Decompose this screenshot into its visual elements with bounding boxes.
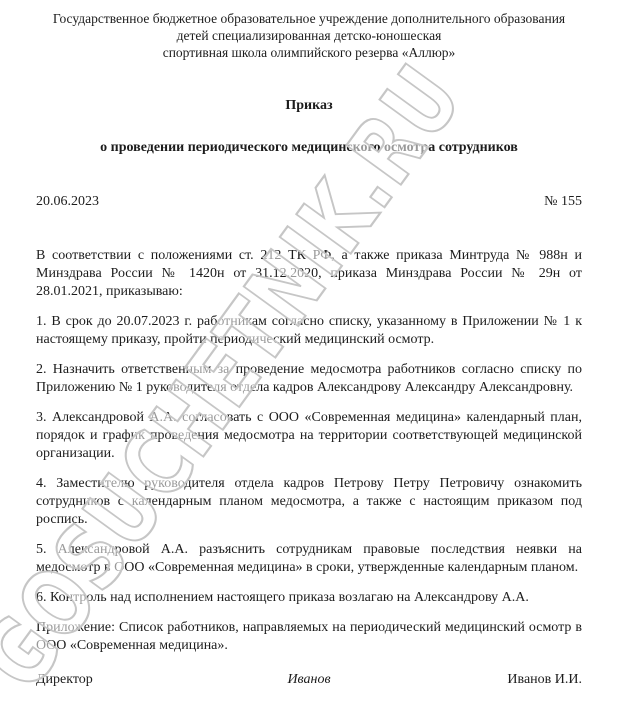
date-number-row: 20.06.2023 № 155 <box>36 193 582 211</box>
attachment-note: Приложение: Список работников, направляе… <box>36 619 582 655</box>
org-header-line: спортивная школа олимпийского резерва «А… <box>36 44 582 61</box>
document-number: № 155 <box>544 193 582 211</box>
signature-handwriting: Иванов <box>287 671 330 689</box>
order-item-4: 4. Заместителю руководителя отдела кадро… <box>36 475 582 529</box>
document-date: 20.06.2023 <box>36 193 99 211</box>
document-page: Государственное бюджетное образовательно… <box>0 0 618 716</box>
signer-role: Директор <box>36 671 287 689</box>
organization-header: Государственное бюджетное образовательно… <box>36 10 582 61</box>
document-subtitle: о проведении периодического медицинского… <box>36 139 582 157</box>
order-item-6: 6. Контроль над исполнением настоящего п… <box>36 589 582 607</box>
order-item-1: 1. В срок до 20.07.2023 г. работникам со… <box>36 313 582 349</box>
document-title: Приказ <box>36 97 582 115</box>
org-header-line: Государственное бюджетное образовательно… <box>36 10 582 27</box>
signature-row: Директор Иванов Иванов И.И. <box>36 671 582 689</box>
signer-name: Иванов И.И. <box>331 671 582 689</box>
org-header-line: детей специализированная детско-юношеска… <box>36 27 582 44</box>
order-preamble: В соответствии с положениями ст. 212 ТК … <box>36 247 582 301</box>
document-content: Государственное бюджетное образовательно… <box>0 0 618 689</box>
order-item-2: 2. Назначить ответственным за проведение… <box>36 361 582 397</box>
order-item-5: 5. Александровой А.А. разъяснить сотрудн… <box>36 541 582 577</box>
order-item-3: 3. Александровой А.А. согласовать с ООО … <box>36 409 582 463</box>
order-body: В соответствии с положениями ст. 212 ТК … <box>36 247 582 655</box>
